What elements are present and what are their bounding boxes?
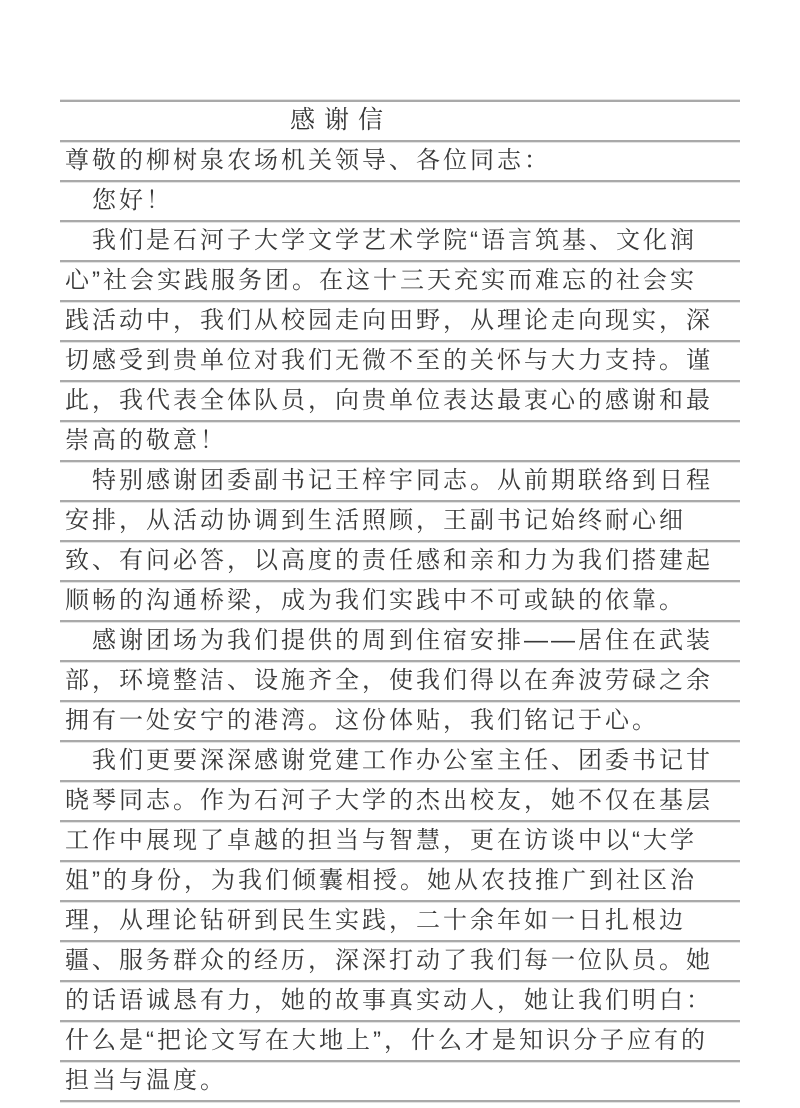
letter-line: 疆、服务群众的经历，深深打动了我们每一位队员。她 xyxy=(60,942,740,982)
letter-line: 您好！ xyxy=(60,182,740,222)
letter-line: 姐”的身份，为我们倾囊相授。她从农技推广到社区治 xyxy=(60,862,740,902)
letter-line: 践活动中，我们从校园走向田野，从理论走向现实，深 xyxy=(60,302,740,342)
letter-line: 感谢团场为我们提供的周到住宿安排——居住在武装 xyxy=(60,622,740,662)
ruled-writing-area: 感谢信 尊敬的柳树泉农场机关领导、各位同志： 您好！ 我们是石河子大学文学艺术学… xyxy=(60,100,740,1102)
letter-line: 我们更要深深感谢党建工作办公室主任、团委书记甘 xyxy=(60,742,740,782)
letter-line: 尊敬的柳树泉农场机关领导、各位同志： xyxy=(60,142,740,182)
letter-line: 特别感谢团委副书记王梓宇同志。从前期联络到日程 xyxy=(60,462,740,502)
letter-line: 顺畅的沟通桥梁，成为我们实践中不可或缺的依靠。 xyxy=(60,582,740,622)
letter-line: 的话语诚恳有力，她的故事真实动人，她让我们明白： xyxy=(60,982,740,1022)
letter-line: 我们是石河子大学文学艺术学院“语言筑基、文化润 xyxy=(60,222,740,262)
letter-line: 担当与温度。 xyxy=(60,1062,740,1102)
letter-line: 安排，从活动协调到生活照顾，王副书记始终耐心细 xyxy=(60,502,740,542)
letter-title: 感谢信 xyxy=(60,102,740,142)
letter-line: 部，环境整洁、设施齐全，使我们得以在奔波劳碌之余 xyxy=(60,662,740,702)
letter-line: 拥有一处安宁的港湾。这份体贴，我们铭记于心。 xyxy=(60,702,740,742)
letter-line: 工作中展现了卓越的担当与智慧，更在访谈中以“大学 xyxy=(60,822,740,862)
letter-line: 什么是“把论文写在大地上”，什么才是知识分子应有的 xyxy=(60,1022,740,1062)
letter-line: 此，我代表全体队员，向贵单位表达最衷心的感谢和最 xyxy=(60,382,740,422)
letter-line: 理，从理论钻研到民生实践，二十余年如一日扎根边 xyxy=(60,902,740,942)
letter-line: 心”社会实践服务团。在这十三天充实而难忘的社会实 xyxy=(60,262,740,302)
letter-line: 崇高的敬意！ xyxy=(60,422,740,462)
letter-line: 切感受到贵单位对我们无微不至的关怀与大力支持。谨 xyxy=(60,342,740,382)
letter-line: 致、有问必答，以高度的责任感和亲和力为我们搭建起 xyxy=(60,542,740,582)
letter-line: 晓琴同志。作为石河子大学的杰出校友，她不仅在基层 xyxy=(60,782,740,822)
